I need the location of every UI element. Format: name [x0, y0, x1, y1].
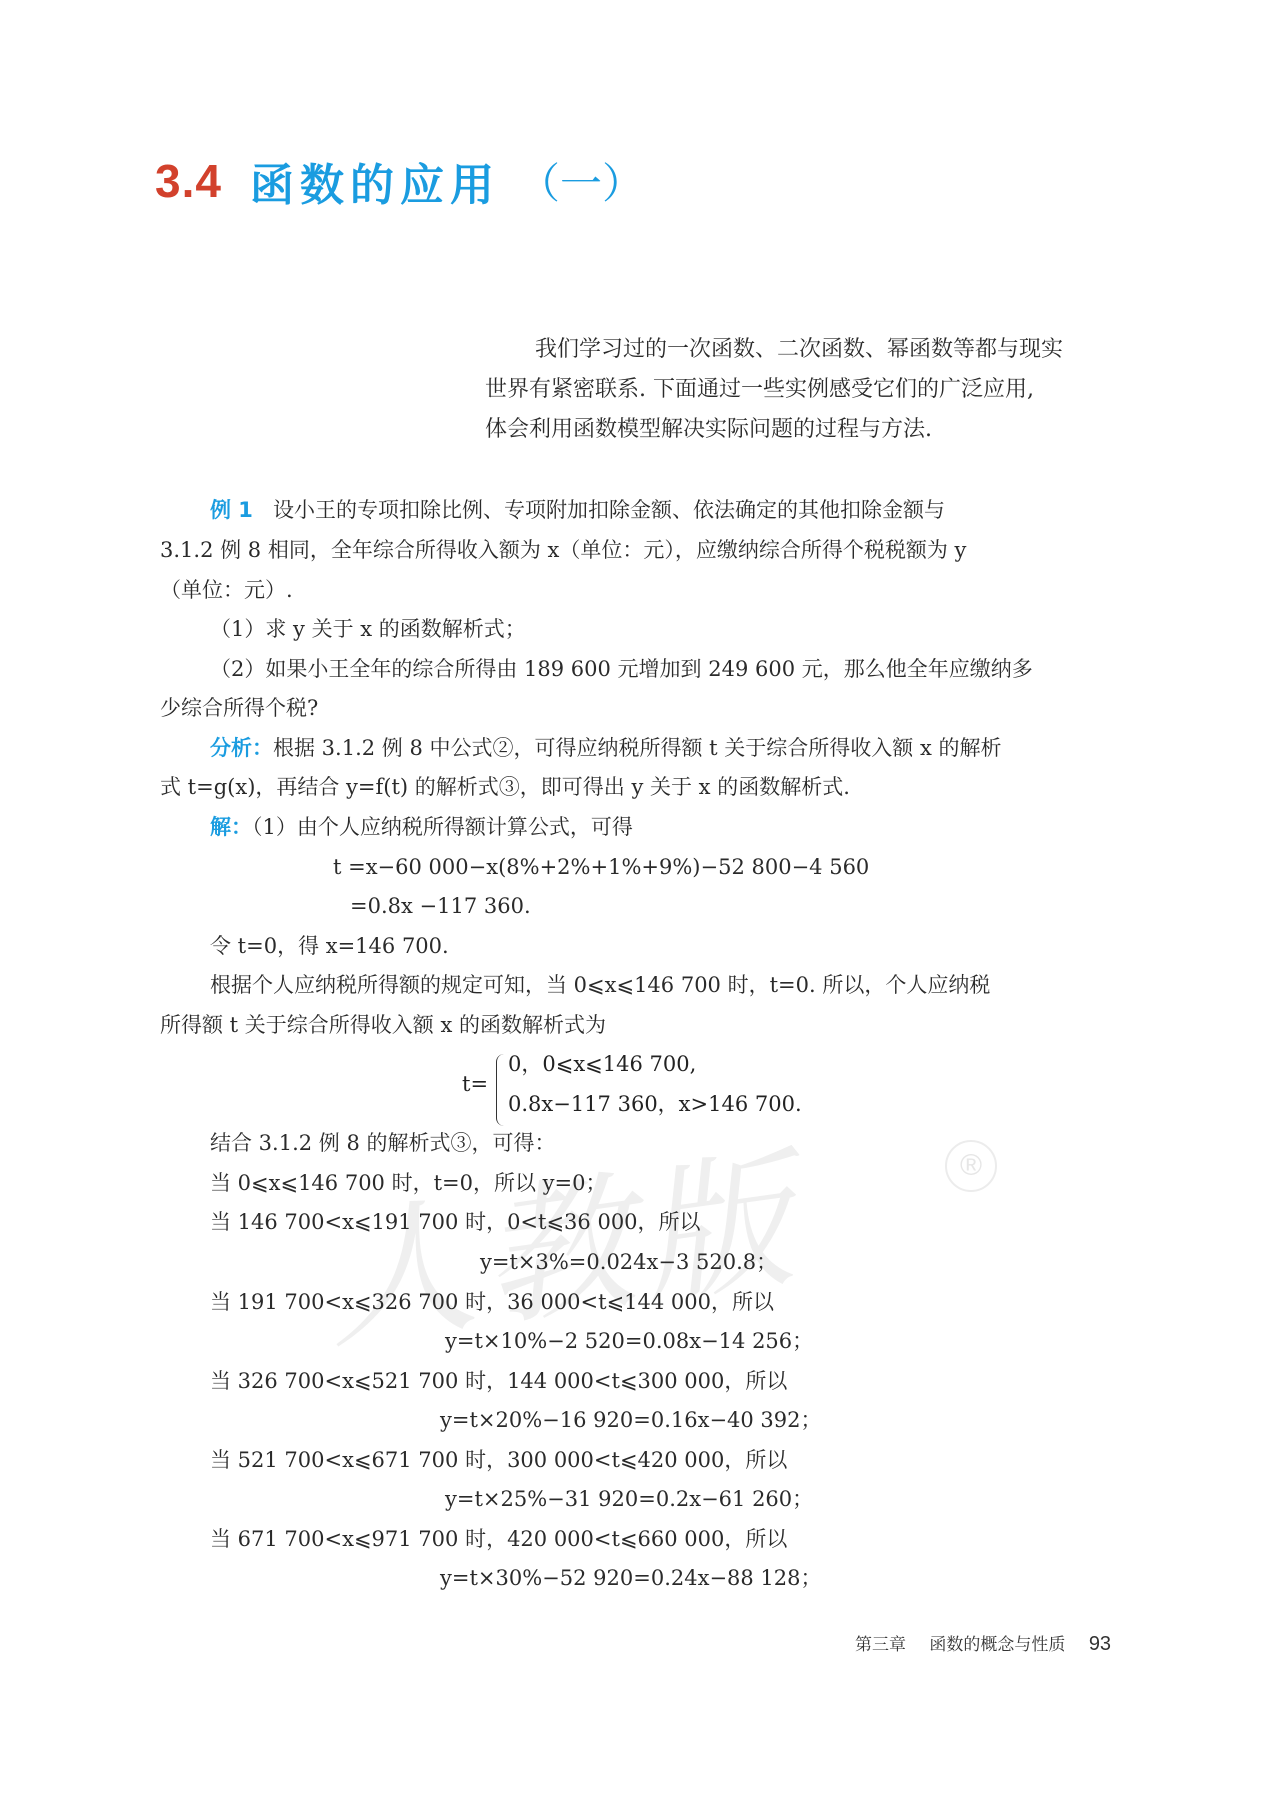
solution-line: 根据个人应纳税所得额的规定可知，当 0⩽x⩽146 700 时，t=0. 所以，… [210, 970, 990, 1000]
example-line: 3.1.2 例 8 相同，全年综合所得收入额为 x（单位：元），应缴纳综合所得个… [160, 535, 966, 565]
chapter-label: 第三章 [855, 1635, 906, 1655]
case-formula: y=t×25%−31 920=0.2x−61 260； [445, 1484, 813, 1514]
solution-line: 令 t=0，得 x=146 700. [210, 931, 449, 961]
chapter-title: 函数的概念与性质 [929, 1635, 1065, 1655]
piecewise-lhs: t= [462, 1072, 488, 1096]
analysis-line: 式 t=g(x)，再结合 y=f(t) 的解析式③，即可得出 y 关于 x 的函… [160, 772, 850, 802]
example-line: （单位：元）. [160, 575, 293, 605]
intro-line: 世界有紧密联系. 下面通过一些实例感受它们的广泛应用, [485, 370, 1135, 410]
intro-paragraph: 我们学习过的一次函数、二次函数、幂函数等都与现实 世界有紧密联系. 下面通过一些… [485, 330, 1135, 450]
piecewise-case: 0.8x−117 360，x>146 700. [508, 1088, 802, 1118]
section-title-part: （一） [518, 151, 644, 211]
solution-label: 解： [210, 815, 252, 839]
example-line: 例 1 设小王的专项扣除比例、专项附加扣除金额、依法确定的其他扣除金额与 [210, 495, 945, 525]
section-title: 3.4 函数的应用 （一） [155, 150, 644, 212]
case-formula: y=t×30%−52 920=0.24x−88 128； [440, 1563, 822, 1593]
formula-line: =0.8x −117 360. [350, 891, 531, 921]
case-line: 当 326 700<x⩽521 700 时，144 000<t⩽300 000，… [210, 1366, 787, 1396]
piecewise-case: 0，0⩽x⩽146 700, [508, 1048, 696, 1078]
section-title-text: 函数的应用 [250, 149, 500, 213]
intro-line: 体会利用函数模型解决实际问题的过程与方法. [485, 410, 1135, 450]
case-line: 当 521 700<x⩽671 700 时，300 000<t⩽420 000，… [210, 1445, 787, 1475]
example-label: 例 1 [210, 498, 253, 522]
example-line: 少综合所得个税? [160, 693, 318, 723]
solution-line: 解：（1）由个人应纳税所得额计算公式，可得 [210, 812, 633, 842]
section-number: 3.4 [155, 154, 222, 208]
example-question-1: （1）求 y 关于 x 的函数解析式； [210, 614, 526, 644]
registered-mark-icon: ® [945, 1140, 997, 1192]
case-formula: y=t×3%=0.024x−3 520.8； [480, 1247, 777, 1277]
case-line: 当 0⩽x⩽146 700 时，t=0，所以 y=0； [210, 1168, 606, 1198]
page-number: 93 [1089, 1633, 1111, 1655]
analysis-line: 分析：根据 3.1.2 例 8 中公式②，可得应纳税所得额 t 关于综合所得收入… [210, 733, 1001, 763]
solution-line: 所得额 t 关于综合所得收入额 x 的函数解析式为 [160, 1010, 606, 1040]
case-formula: y=t×20%−16 920=0.16x−40 392； [440, 1405, 822, 1435]
page-footer: 第三章 函数的概念与性质 93 [855, 1630, 1111, 1656]
case-formula: y=t×10%−2 520=0.08x−14 256； [445, 1326, 813, 1356]
case-line: 当 191 700<x⩽326 700 时，36 000<t⩽144 000，所… [210, 1287, 774, 1317]
left-brace-icon [496, 1054, 505, 1126]
example-question-2: （2）如果小王全年的综合所得由 189 600 元增加到 249 600 元，那… [210, 654, 1033, 684]
solution-line: 结合 3.1.2 例 8 的解析式③，可得： [210, 1128, 556, 1158]
intro-line: 我们学习过的一次函数、二次函数、幂函数等都与现实 [485, 330, 1135, 370]
analysis-label: 分析： [210, 736, 273, 760]
case-line: 当 146 700<x⩽191 700 时，0<t⩽36 000，所以 [210, 1207, 701, 1237]
case-line: 当 671 700<x⩽971 700 时，420 000<t⩽660 000，… [210, 1524, 787, 1554]
formula-line: t =x−60 000−x(8%+2%+1%+9%)−52 800−4 560 [333, 852, 869, 882]
